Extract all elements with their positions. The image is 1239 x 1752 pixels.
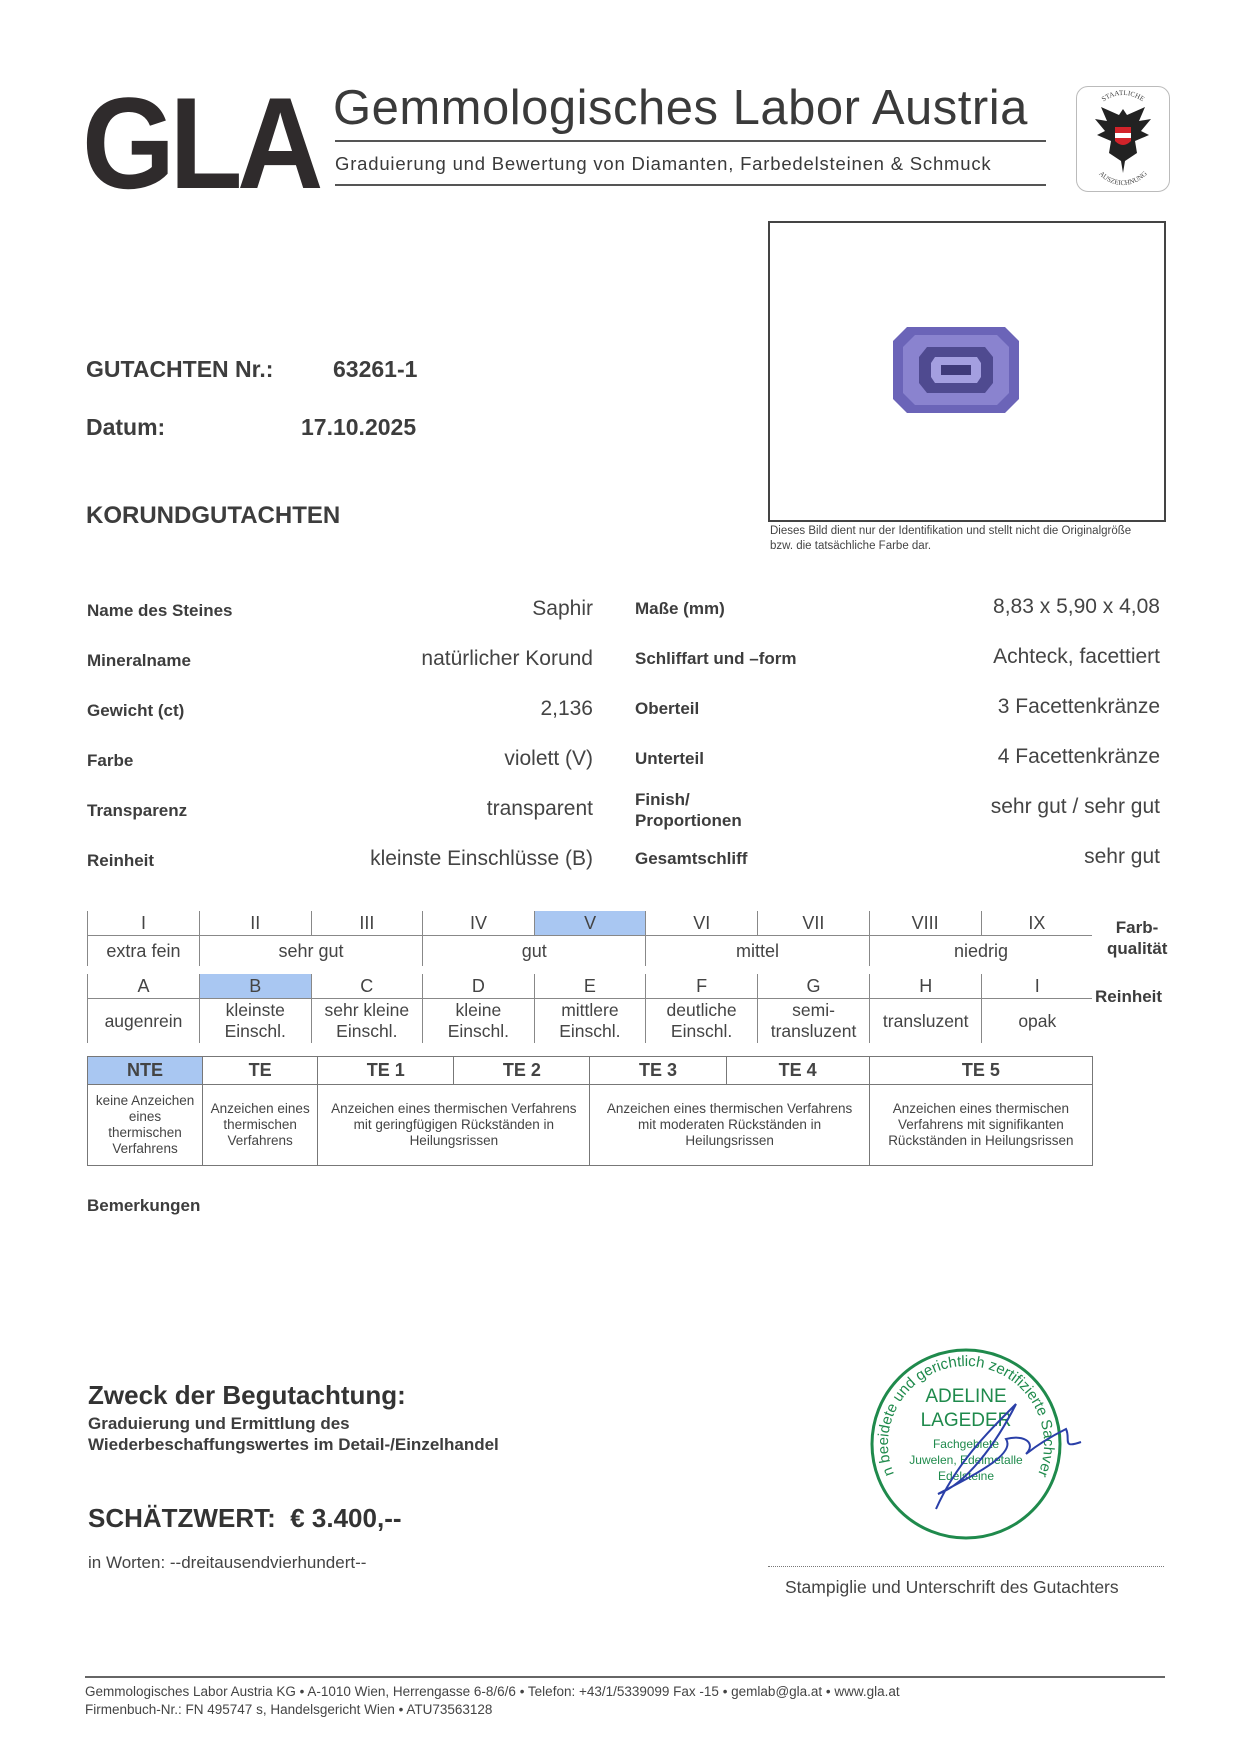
- report-number: 63261-1: [333, 356, 417, 383]
- property-label: Mineralname: [87, 651, 191, 671]
- clarity-description: kleinste Einschl.: [199, 999, 311, 1044]
- clarity-description: kleine Einschl.: [423, 999, 535, 1044]
- property-label: Maße (mm): [635, 599, 725, 619]
- treatment-description: Anzeichen eines thermischen Verfahrens m…: [318, 1085, 590, 1166]
- property-label: Gesamtschliff: [635, 849, 747, 869]
- property-label: Unterteil: [635, 749, 704, 769]
- property-label: Schliffart und –form: [635, 649, 797, 669]
- property-label: Transparenz: [87, 801, 187, 821]
- remarks-label: Bemerkungen: [87, 1196, 200, 1216]
- report-date: 17.10.2025: [301, 414, 416, 441]
- date-label: Datum:: [86, 414, 165, 441]
- clarity-description: semi-transluzent: [757, 999, 869, 1044]
- property-value: natürlicher Korund: [421, 647, 593, 671]
- svg-text:STAATLICHE: STAATLICHE: [1100, 89, 1146, 103]
- property-label: Farbe: [87, 751, 133, 771]
- property-value: kleinste Einschlüsse (B): [370, 847, 593, 871]
- photo-caption: Dieses Bild dient nur der Identifikation…: [770, 524, 1150, 554]
- clarity-description: sehr kleine Einschl.: [311, 999, 423, 1044]
- header-rule-bottom: [335, 184, 1046, 186]
- color-grade-VI: VI: [646, 911, 758, 936]
- clarity-scale-label: Reinheit: [1095, 987, 1162, 1007]
- clarity-grade-C: C: [311, 974, 423, 999]
- property-value: Saphir: [532, 597, 593, 621]
- treatment-grade-TE-4: TE 4: [726, 1057, 869, 1085]
- color-quality-group: niedrig: [869, 936, 1092, 967]
- property-value: 4 Facettenkränze: [998, 745, 1160, 769]
- clarity-grade-D: D: [423, 974, 535, 999]
- color-grade-V: V: [534, 911, 646, 936]
- treatment-grade-TE-1: TE 1: [318, 1057, 454, 1085]
- footer-line-2: Firmenbuch-Nr.: FN 495747 s, Handelsgeri…: [85, 1701, 900, 1719]
- valuation: SCHÄTZWERT: € 3.400,--: [88, 1503, 402, 1534]
- footer: Gemmologisches Labor Austria KG • A-1010…: [85, 1683, 900, 1719]
- property-value: sehr gut / sehr gut: [991, 795, 1160, 819]
- header-rule-top: [335, 140, 1046, 142]
- treatment-grade-NTE: NTE: [88, 1057, 203, 1085]
- color-quality-group: mittel: [646, 936, 869, 967]
- treatment-grade-TE-3: TE 3: [590, 1057, 726, 1085]
- treatment-grade-TE-5: TE 5: [869, 1057, 1092, 1085]
- color-grade-I: I: [88, 911, 200, 936]
- clarity-grade-G: G: [757, 974, 869, 999]
- purpose-text: Graduierung und Ermittlung des Wiederbes…: [88, 1413, 499, 1455]
- color-quality-group: extra fein: [88, 936, 200, 967]
- treatment-description: Anzeichen eines thermischen Verfahrens m…: [590, 1085, 869, 1166]
- color-grade-IX: IX: [981, 911, 1092, 936]
- footer-line-1: Gemmologisches Labor Austria KG • A-1010…: [85, 1683, 900, 1701]
- stamp-name-2: LAGEDER: [921, 1410, 1012, 1431]
- lab-subtitle: Graduierung und Bewertung von Diamanten,…: [335, 153, 991, 175]
- color-grade-VII: VII: [758, 911, 870, 936]
- gla-logo: GLA: [82, 78, 318, 208]
- stamp-name-1: ADELINE: [925, 1386, 1006, 1407]
- property-value: sehr gut: [1084, 845, 1160, 869]
- purpose-line-1: Graduierung und Ermittlung des: [88, 1413, 499, 1434]
- clarity-description: transluzent: [870, 999, 982, 1044]
- lab-name: Gemmologisches Labor Austria: [333, 80, 1028, 136]
- treatment-description: keine Anzeichen eines thermischen Verfah…: [88, 1085, 203, 1166]
- property-label: Name des Steines: [87, 601, 233, 621]
- property-value: transparent: [487, 797, 593, 821]
- clarity-grade-H: H: [870, 974, 982, 999]
- color-quality-group: sehr gut: [199, 936, 422, 967]
- property-value: 2,136: [540, 697, 593, 721]
- stamp-caption: Stampiglie und Unterschrift des Gutachte…: [785, 1577, 1119, 1598]
- clarity-grade-E: E: [534, 974, 646, 999]
- property-value: violett (V): [504, 747, 593, 771]
- clarity-grade-A: A: [88, 974, 200, 999]
- treatment-description: Anzeichen eines thermischen Verfahrens: [203, 1085, 318, 1166]
- property-label: Reinheit: [87, 851, 154, 871]
- treatment-grade-TE-2: TE 2: [454, 1057, 590, 1085]
- property-label: Finish/ Proportionen: [635, 789, 775, 831]
- valuation-in-words: in Worten: --dreitausendvierhundert--: [88, 1553, 366, 1573]
- property-label: Oberteil: [635, 699, 699, 719]
- treatment-grade-TE: TE: [203, 1057, 318, 1085]
- purpose-title: Zweck der Begutachtung:: [88, 1380, 406, 1411]
- expert-stamp: Allgemein beeidete und gerichtlich zerti…: [866, 1344, 1106, 1549]
- color-grade-III: III: [311, 911, 423, 936]
- treatment-scale-table: NTETETE 1TE 2TE 3TE 4TE 5 keine Anzeiche…: [87, 1056, 1093, 1166]
- footer-rule: [85, 1676, 1165, 1678]
- emerald-cut-gemstone-image: [893, 327, 1019, 413]
- property-value: 8,83 x 5,90 x 4,08: [993, 595, 1160, 619]
- color-quality-group: gut: [423, 936, 646, 967]
- purpose-line-2: Wiederbeschaffungswertes im Detail-/Einz…: [88, 1434, 499, 1455]
- color-quality-scale: IIIIIIIVVVIVIIVIIIIXextra feinsehr gutgu…: [87, 911, 1092, 966]
- clarity-grade-F: F: [646, 974, 758, 999]
- clarity-grade-B: B: [199, 974, 311, 999]
- color-grade-IV: IV: [423, 911, 535, 936]
- property-label: Gewicht (ct): [87, 701, 184, 721]
- color-scale-label: Farb-qualität: [1107, 917, 1167, 959]
- treatment-description: Anzeichen eines thermischen Verfahrens m…: [869, 1085, 1092, 1166]
- clarity-grade-I: I: [982, 974, 1092, 999]
- report-number-label: GUTACHTEN Nr.:: [86, 356, 273, 383]
- valuation-amount: € 3.400,--: [290, 1503, 401, 1533]
- signature-line: [768, 1566, 1164, 1567]
- valuation-label: SCHÄTZWERT:: [88, 1503, 276, 1533]
- property-value: Achteck, facettiert: [993, 645, 1160, 669]
- austrian-eagle-emblem-icon: STAATLICHE AUSZEICHNUNG: [1076, 86, 1170, 192]
- gemstone-photo-frame: [768, 221, 1166, 522]
- report-title: KORUNDGUTACHTEN: [86, 502, 340, 530]
- clarity-description: augenrein: [88, 999, 200, 1044]
- clarity-description: mittlere Einschl.: [534, 999, 646, 1044]
- clarity-description: deutliche Einschl.: [646, 999, 758, 1044]
- clarity-scale: ABCDEFGHIaugenreinkleinste Einschl.sehr …: [87, 974, 1092, 1043]
- emblem-top-text: STAATLICHE: [1100, 89, 1146, 103]
- property-value: 3 Facettenkränze: [998, 695, 1160, 719]
- clarity-description: opak: [982, 999, 1092, 1044]
- color-grade-II: II: [199, 911, 311, 936]
- color-grade-VIII: VIII: [869, 911, 981, 936]
